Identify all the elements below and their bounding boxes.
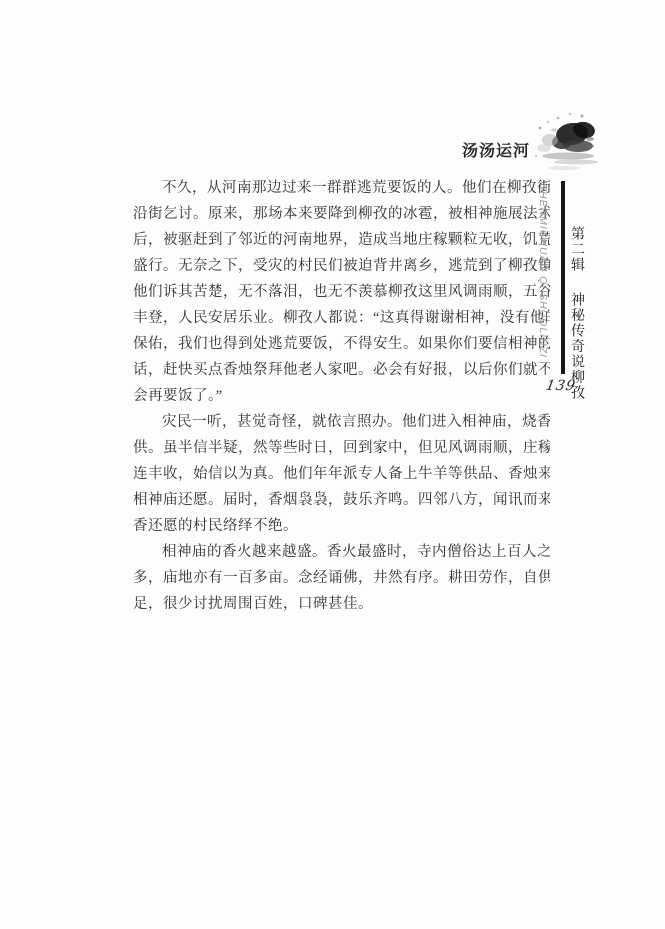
sidebar-romanized-title: SHENMICHUAN QI SHUOLIUZI	[537, 183, 549, 383]
text-line: 保佑，我们也得到处逃荒要饭，不得安生。如果你们要信相神的	[133, 331, 550, 357]
text-line: 盛行。无奈之下，受灾的村民们被迫背井离乡，逃荒到了柳孜镇。	[133, 253, 550, 279]
text-line: 足，很少讨扰周围百姓，口碑甚佳。	[133, 591, 550, 617]
sidebar-volume-label: 第二辑	[569, 226, 584, 273]
paragraph-3: 相神庙的香火越来越盛。香火最盛时，寺内僧俗达上百人之多，庙地亦有一百多亩。念经诵…	[133, 539, 550, 617]
text-line: 相神庙的香火越来越盛。香火最盛时，寺内僧俗达上百人之	[133, 539, 550, 565]
text-line: 他们诉其苦楚，无不落泪，也无不羡慕柳孜这里风调雨顺，五谷	[133, 279, 550, 305]
text-line: 沿街乞讨。原来，那场本来要降到柳孜的冰雹，被相神施展法术	[133, 201, 550, 227]
text-line: 不久，从河南那边过来一群群逃荒要饭的人。他们在柳孜街	[133, 175, 550, 201]
sidebar-section-title: 第二辑 神秘传奇说柳孜	[566, 226, 586, 400]
text-line: 供。虽半信半疑，然等些时日，回到家中，但见风调雨顺，庄稼连	[133, 435, 550, 461]
paragraph-1: 不久，从河南那边过来一群群逃荒要饭的人。他们在柳孜街沿街乞讨。原来，那场本来要降…	[133, 175, 550, 409]
text-line: 多，庙地亦有一百多亩。念经诵佛，井然有序。耕田劳作，自供自	[133, 565, 550, 591]
paragraph-2: 灾民一听，甚觉奇怪，就依言照办。他们进入相神庙，烧香上供。虽半信半疑，然等些时日…	[133, 409, 550, 539]
text-line: 连丰收，始信以为真。他们年年派专人备上牛羊等供品、香烛来	[133, 461, 550, 487]
text-line: 相神庙还愿。届时，香烟袅袅，鼓乐齐鸣。四邻八方，闻讯而来进	[133, 487, 550, 513]
book-page: 汤汤运河 不久，从河南那边过来一群群逃荒要饭的人。他们在柳孜街沿街乞讨。原来，那…	[0, 0, 665, 929]
text-line: 后，被驱赶到了邻近的河南地界，造成当地庄稼颗粒无收，饥荒	[133, 227, 550, 253]
sidebar-rule	[561, 181, 565, 374]
text-line: 香还愿的村民络绎不绝。	[133, 513, 550, 539]
ink-wash-painting-icon	[520, 106, 606, 182]
text-line: 丰登，人民安居乐业。柳孜人都说：“这真得谢谢相神，没有他的	[133, 305, 550, 331]
text-line: 灾民一听，甚觉奇怪，就依言照办。他们进入相神庙，烧香上	[133, 409, 550, 435]
text-line: 会再要饭了。”	[133, 383, 550, 409]
body-text: 不久，从河南那边过来一群群逃荒要饭的人。他们在柳孜街沿街乞讨。原来，那场本来要降…	[133, 175, 550, 617]
page-number: 139	[545, 378, 578, 394]
text-line: 话，赶快买点香烛祭拜他老人家吧。必会有好报，以后你们就不	[133, 357, 550, 383]
